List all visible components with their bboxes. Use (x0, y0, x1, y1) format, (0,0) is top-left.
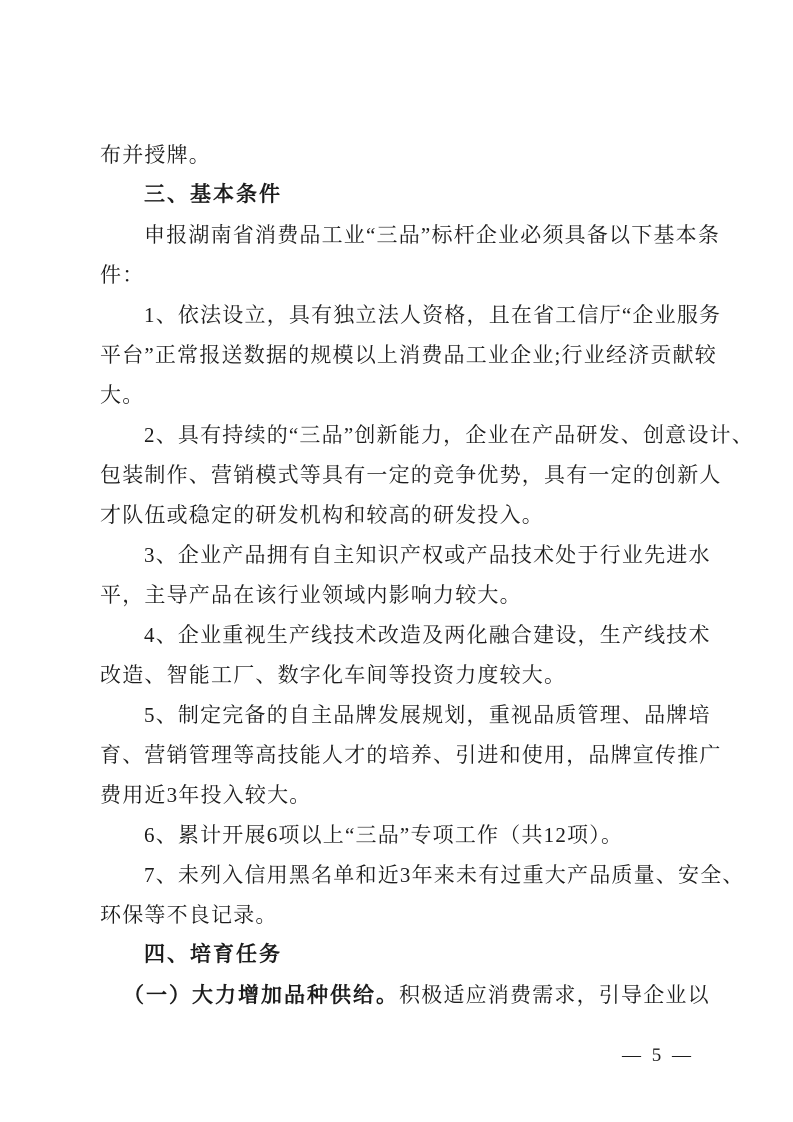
document-line-item-5: 5、制定完备的自主品牌发展规划，重视品质管理、品牌培 (100, 695, 696, 735)
section-heading-cultivation-tasks: 四、培育任务 (100, 935, 696, 975)
document-line: 布并授牌。 (100, 135, 696, 175)
page-number: — 5 — (622, 1042, 694, 1070)
document-line: 大。 (100, 375, 696, 415)
subitem-body: 积极适应消费需求，引导企业以 (399, 983, 710, 1007)
section-heading-basic-conditions: 三、基本条件 (100, 175, 696, 215)
document-text-block: 布并授牌。 三、基本条件 申报湖南省消费品工业“三品”标杆企业必须具备以下基本条… (100, 135, 696, 1015)
document-line: 申报湖南省消费品工业“三品”标杆企业必须具备以下基本条 (100, 215, 696, 255)
document-line-item-3: 3、企业产品拥有自主知识产权或产品技术处于行业先进水 (100, 535, 696, 575)
document-line-item-6: 6、累计开展6项以上“三品”专项工作（共12项）。 (100, 815, 696, 855)
document-line: 包装制作、营销模式等具有一定的竞争优势，具有一定的创新人 (100, 455, 696, 495)
document-line: 环保等不良记录。 (100, 895, 696, 935)
document-line: 件： (100, 255, 696, 295)
document-line: 平，主导产品在该行业领域内影响力较大。 (100, 575, 696, 615)
document-line-item-1: 1、依法设立，具有独立法人资格，且在省工信厅“企业服务 (100, 295, 696, 335)
document-line: 改造、智能工厂、数字化车间等投资力度较大。 (100, 655, 696, 695)
document-line-item-2: 2、具有持续的“三品”创新能力，企业在产品研发、创意设计、 (100, 415, 696, 455)
document-line: 才队伍或稳定的研发机构和较高的研发投入。 (100, 495, 696, 535)
document-line-item-7: 7、未列入信用黑名单和近3年来未有过重大产品质量、安全、 (100, 855, 696, 895)
document-line: 平台”正常报送数据的规模以上消费品工业企业;行业经济贡献较 (100, 335, 696, 375)
document-line: 育、营销管理等高技能人才的培养、引进和使用，品牌宣传推广 (100, 735, 696, 775)
document-page: 布并授牌。 三、基本条件 申报湖南省消费品工业“三品”标杆企业必须具备以下基本条… (0, 0, 793, 1122)
subitem-title: （一）大力增加品种供给。 (123, 983, 399, 1007)
document-line-subitem-1: （一）大力增加品种供给。积极适应消费需求，引导企业以 (100, 975, 696, 1015)
document-line: 费用近3年投入较大。 (100, 775, 696, 815)
document-line-item-4: 4、企业重视生产线技术改造及两化融合建设，生产线技术 (100, 615, 696, 655)
